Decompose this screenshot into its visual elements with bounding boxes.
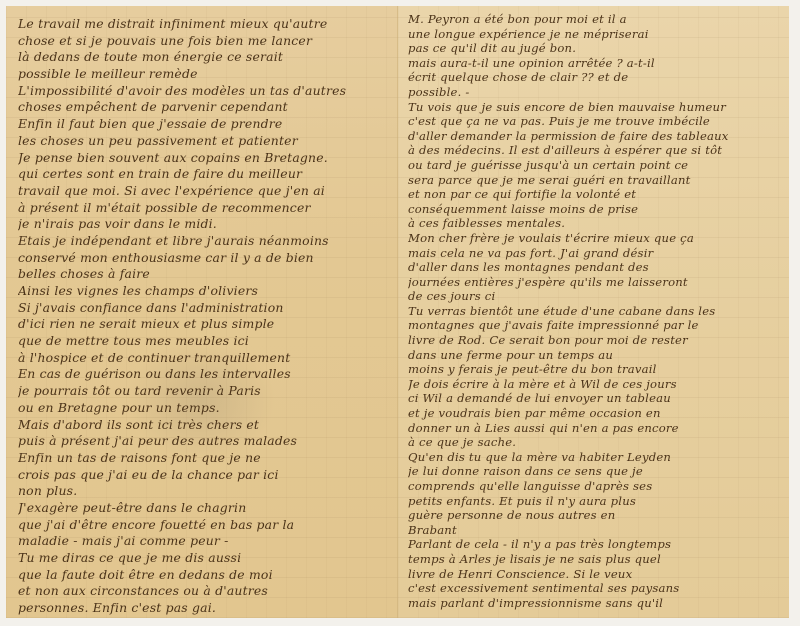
handwritten-line: ou tard je guérisse jusqu'à un certain p… (408, 158, 783, 173)
letter-page-left: Le travail me distrait infiniment mieux … (6, 6, 398, 618)
handwritten-line: chose et si je pouvais une fois bien me … (18, 33, 392, 50)
handwritten-line: d'aller demander la permission de faire … (408, 129, 783, 144)
handwritten-line: à l'hospice et de continuer tranquilleme… (18, 350, 392, 367)
handwritten-line: à ces faiblesses mentales. (408, 216, 783, 231)
handwritten-line: Tu vois que je suis encore de bien mauva… (408, 100, 783, 115)
handwritten-line: donner un à Lies aussi qui n'en a pas en… (408, 421, 783, 436)
handwritten-line: mais parlant d'impressionnisme sans qu'i… (408, 596, 783, 611)
handwritten-line: possible le meilleur remède (18, 66, 392, 83)
handwritten-line: et non par ce qui fortifie la volonté et (408, 187, 783, 202)
handwritten-line: là dedans de toute mon énergie ce serait (18, 49, 392, 66)
handwritten-line: que la faute doit être en dedans de moi (18, 567, 392, 584)
handwritten-line: qui certes sont en train de faire du mei… (18, 166, 392, 183)
handwritten-line: crois pas que j'ai eu de la chance par i… (18, 467, 392, 484)
handwritten-line: Brabant (408, 523, 783, 538)
handwritten-line: Je dois écrire à la mère et à Wil de ces… (408, 377, 783, 392)
handwritten-line: à des médecins. Il est d'ailleurs à espé… (408, 143, 783, 158)
handwritten-line: En cas de guérison ou dans les intervall… (18, 366, 392, 383)
handwritten-line: mais aura-t-il une opinion arrêtée ? a-t… (408, 56, 783, 71)
handwritten-line: Si j'avais confiance dans l'administrati… (18, 300, 392, 317)
handwritten-line: temps à Arles je lisais je ne sais plus … (408, 552, 783, 567)
handwritten-line: belles choses à faire (18, 266, 392, 283)
handwritten-line: de ces jours ci (408, 289, 783, 304)
handwritten-line: M. Peyron a été bon pour moi et il a (408, 12, 783, 27)
handwritten-line: Mon cher frère je voulais t'écrire mieux… (408, 231, 783, 246)
handwritten-line: conservé mon enthousiasme car il y a de … (18, 250, 392, 267)
handwritten-text-right: M. Peyron a été bon pour moi et il aune … (408, 12, 783, 610)
handwritten-line: Tu verras bientôt une étude d'une cabane… (408, 304, 783, 319)
handwritten-line: conséquemment laisse moins de prise (408, 202, 783, 217)
handwritten-line: les choses un peu passivement et patient… (18, 133, 392, 150)
handwritten-line: petits enfants. Et puis il n'y aura plus (408, 494, 783, 509)
handwritten-line: et non aux circonstances ou à d'autres (18, 583, 392, 600)
handwritten-line: guère personne de nous autres en (408, 508, 783, 523)
handwritten-line: ou en Bretagne pour un temps. (18, 400, 392, 417)
handwritten-line: à présent il m'était possible de recomme… (18, 200, 392, 217)
handwritten-line: je pourrais tôt ou tard revenir à Paris (18, 383, 392, 400)
handwritten-line: comprends qu'elle languisse d'après ses (408, 479, 783, 494)
handwritten-line: d'aller dans les montagnes pendant des (408, 260, 783, 275)
handwritten-line: je lui donne raison dans ce sens que je (408, 464, 783, 479)
handwritten-line: montagnes que j'avais faite impressionné… (408, 318, 783, 333)
handwritten-line: pas ce qu'il dit au jugé bon. (408, 41, 783, 56)
handwritten-line: Parlant de cela - il n'y a pas très long… (408, 537, 783, 552)
handwritten-line: maladie - mais j'ai comme peur - (18, 533, 392, 550)
handwritten-line: écrit quelque chose de clair ?? et de (408, 70, 783, 85)
handwritten-line: ci Wil a demandé de lui envoyer un table… (408, 391, 783, 406)
handwritten-text-left: Le travail me distrait infiniment mieux … (18, 16, 392, 617)
handwritten-line: dans une ferme pour un temps au (408, 348, 783, 363)
handwritten-line: Enfin il faut bien que j'essaie de prend… (18, 116, 392, 133)
handwritten-line: travail que moi. Si avec l'expérience qu… (18, 183, 392, 200)
letter-page-right: M. Peyron a été bon pour moi et il aune … (398, 6, 789, 618)
handwritten-line: c'est excessivement sentimental ses pays… (408, 581, 783, 596)
handwritten-line: J'exagère peut-être dans le chagrin (18, 500, 392, 517)
handwritten-line: Mais d'abord ils sont ici très chers et (18, 417, 392, 434)
handwritten-line: d'ici rien ne serait mieux et plus simpl… (18, 316, 392, 333)
handwritten-line: puis à présent j'ai peur des autres mala… (18, 433, 392, 450)
handwritten-line: journées entières j'espère qu'ils me lai… (408, 275, 783, 290)
handwritten-line: sera parce que je me serai guéri en trav… (408, 173, 783, 188)
handwritten-line: à ce que je sache. (408, 435, 783, 450)
handwritten-line: Ainsi les vignes les champs d'oliviers (18, 283, 392, 300)
handwritten-line: et je voudrais bien par même occasion en (408, 406, 783, 421)
handwritten-line: L'impossibilité d'avoir des modèles un t… (18, 83, 392, 100)
handwritten-line: que de mettre tous mes meubles ici (18, 333, 392, 350)
handwritten-line: livre de Henri Conscience. Si le veux (408, 567, 783, 582)
handwritten-line: que j'ai d'être encore fouetté en bas pa… (18, 517, 392, 534)
handwritten-line: Enfin un tas de raisons font que je ne (18, 450, 392, 467)
handwritten-line: moins y ferais je peut-être du bon trava… (408, 362, 783, 377)
handwritten-line: mais cela ne va pas fort. J'ai grand dés… (408, 246, 783, 261)
handwritten-line: Tu me diras ce que je me dis aussi (18, 550, 392, 567)
handwritten-line: livre de Rod. Ce serait bon pour moi de … (408, 333, 783, 348)
handwritten-line: Je pense bien souvent aux copains en Bre… (18, 150, 392, 167)
handwritten-line: choses empêchent de parvenir cependant (18, 99, 392, 116)
handwritten-line: personnes. Enfin c'est pas gai. (18, 600, 392, 617)
handwritten-line: Etais je indépendant et libre j'aurais n… (18, 233, 392, 250)
handwritten-line: possible. - (408, 85, 783, 100)
handwritten-line: non plus. (18, 483, 392, 500)
handwritten-line: je n'irais pas voir dans le midi. (18, 216, 392, 233)
handwritten-line: c'est que ça ne va pas. Puis je me trouv… (408, 114, 783, 129)
handwritten-line: Qu'en dis tu que la mère va habiter Leyd… (408, 450, 783, 465)
handwritten-line: Le travail me distrait infiniment mieux … (18, 16, 392, 33)
handwritten-line: une longue expérience je ne mépriserai (408, 27, 783, 42)
